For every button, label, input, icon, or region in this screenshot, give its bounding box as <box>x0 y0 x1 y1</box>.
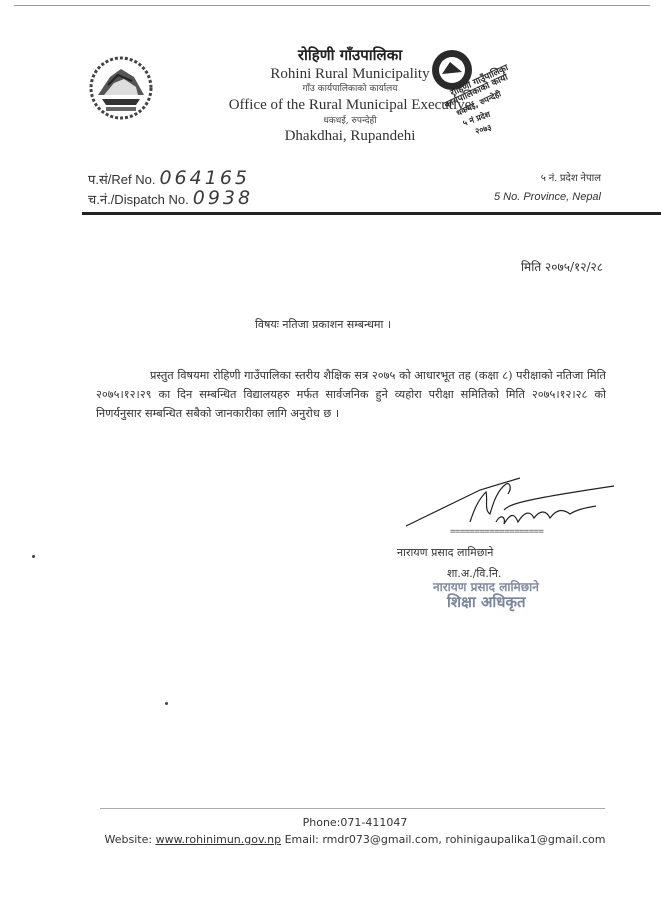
letter-subject: विषयः नतिजा प्रकाशन सम्बन्धमा । <box>255 317 391 332</box>
letter-body: प्रस्तुत विषयमा रोहिणी गाउँपालिका स्तरीय… <box>96 366 606 423</box>
top-border-line <box>14 5 650 6</box>
nepal-emblem-icon <box>88 55 154 121</box>
dispatch-label: च.नं./Dispatch No. <box>88 190 189 208</box>
header-divider <box>82 212 661 215</box>
footer-divider <box>100 808 605 809</box>
signature-underline: =================== <box>450 527 543 537</box>
footer-email: Email: rmdr073@gmail.com, rohinigaupalik… <box>285 833 606 846</box>
reference-block: प.सं/Ref No. 064165 च.नं./Dispatch No. 0… <box>88 168 253 208</box>
ref-label: प.सं/Ref No. <box>88 170 155 188</box>
province-nepali: ५ नं. प्रदेश नेपाल <box>494 170 601 188</box>
dispatch-number-handwritten: 0938 <box>193 188 253 208</box>
province-english: 5 No. Province, Nepal <box>494 188 601 206</box>
svg-text:२०७३: २०७३ <box>474 123 492 136</box>
province-block: ५ नं. प्रदेश नेपाल 5 No. Province, Nepal <box>494 170 601 206</box>
letter-date: मिति २०७५/१२/२८ <box>521 258 603 275</box>
footer-website-label: Website: <box>105 833 153 846</box>
seal-title-stamp: शिक्षा अधिकृत <box>447 592 526 612</box>
scan-speck <box>165 702 168 705</box>
body-paragraph: प्रस्तुत विषयमा रोहिणी गाउँपालिका स्तरीय… <box>96 369 606 420</box>
scan-speck <box>32 555 35 558</box>
office-stamp-icon: रोहिणी गाउँपालिका कार्यपालिकाको कार्या ध… <box>418 44 508 136</box>
ref-number-handwritten: 064165 <box>159 168 250 188</box>
footer: Phone:071-411047 Website: www.rohinimun.… <box>100 814 610 848</box>
footer-phone: Phone:071-411047 <box>100 814 610 831</box>
signer-name: नारायण प्रसाद लामिछाने <box>397 545 493 560</box>
footer-website-link[interactable]: www.rohinimun.gov.np <box>156 833 282 846</box>
